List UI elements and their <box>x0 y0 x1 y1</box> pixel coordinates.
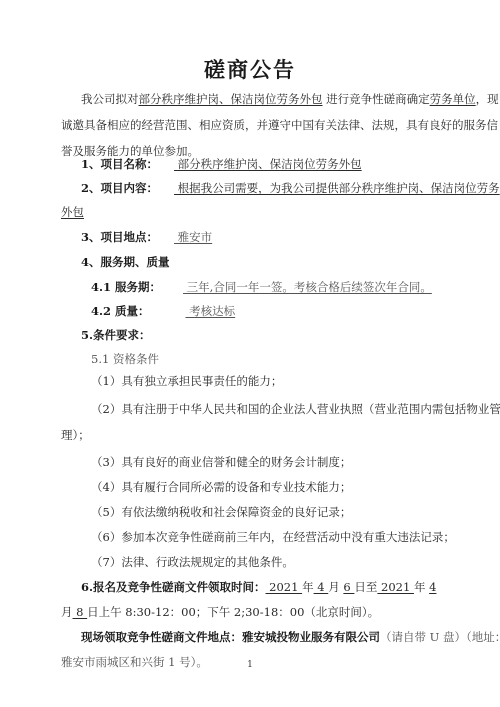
field-value: 根据我公司需要，为我公司提供部分秩序维护岗、保洁岗位劳务 <box>174 181 500 195</box>
day-to: 日至 <box>354 580 377 594</box>
start-day: 6 <box>343 580 354 594</box>
intro-line-3: 誉及服务能力的单位参加。 <box>61 144 199 158</box>
intro-text: 进行竞争性磋商确定 <box>323 92 430 106</box>
condition-item: （6）参加本次竞争性磋商前三年内，在经营活动中没有重大违法记录； <box>91 530 455 544</box>
field-label: 3、项目地点： <box>81 230 158 244</box>
field-value: 三年,合同一年一签。考核合格后续签次年合同。 <box>183 280 432 294</box>
intro-text: ，现 <box>476 92 499 106</box>
registration-time: 日上午 8:30-12：00；下午 2;30-18：00（北京时间）。 <box>87 605 379 619</box>
document-page: 磋商公告 我公司拟对部分秩序维护岗、保洁岗位劳务外包 进行竞争性磋商确定劳务单位… <box>0 0 500 707</box>
condition-item: （5）有依法缴纳税收和社会保障资金的良好记录； <box>91 505 351 519</box>
end-year: 2021 <box>377 580 414 594</box>
pickup-line-1: 现场领取竞争性磋商文件地点：雅安城投物业服务有限公司（请自带 U 盘）（地址： <box>81 630 500 644</box>
intro-line-2: 诚邀具备相应的经营范围、相应资质，并遵守中国有关法律、法规，具有良好的服务信 <box>61 118 498 132</box>
start-month: 4 <box>314 580 329 594</box>
registration-line-2: 月 8 日上午 8:30-12：00；下午 2;30-18：00（北京时间）。 <box>61 605 379 619</box>
end-month: 4 <box>429 580 436 594</box>
condition-item: （2）具有注册于中华人民共和国的企业法人营业执照（营业范围内需包括物业管 <box>91 402 500 416</box>
start-year: 2021 <box>266 580 303 594</box>
item-project-content-cont: 外包 <box>61 205 84 219</box>
page-number: 1 <box>0 660 500 670</box>
year-char: 年 <box>414 580 426 594</box>
field-label: 2、项目内容： <box>81 181 158 195</box>
field-label: 4.1 服务期： <box>91 280 161 294</box>
condition-item: （1）具有独立承担民事责任的能力； <box>91 374 282 388</box>
condition-item: （4）具有履行合同所必需的设备和专业技术能力； <box>91 480 351 494</box>
pickup-label: 现场领取竞争性磋商文件地点：雅安城投物业服务有限公司 <box>81 630 380 644</box>
intro-text: 我公司拟对 <box>81 92 139 106</box>
qualification-subheading: 5.1 资格条件 <box>91 352 159 366</box>
field-label: 4.2 质量： <box>91 304 150 318</box>
condition-item-cont: 理）； <box>61 428 90 442</box>
intro-line-1: 我公司拟对部分秩序维护岗、保洁岗位劳务外包 进行竞争性磋商确定劳务单位，现 <box>81 92 499 106</box>
page-title: 磋商公告 <box>0 54 500 84</box>
item-project-name: 1、项目名称： 部分秩序维护岗、保洁岗位劳务外包 <box>81 157 362 171</box>
field-value: 考核达标 <box>186 304 236 318</box>
field-value: 部分秩序维护岗、保洁岗位劳务外包 <box>174 157 362 171</box>
registration-line-1: 6.报名及竞争性磋商文件领取时间： 2021 年 4 月 6 日至 2021 年… <box>81 580 436 594</box>
conditions-heading: 5.条件要求： <box>81 328 151 342</box>
condition-item: （7）法律、行政法规规定的其他条件。 <box>91 555 294 569</box>
item-quality: 4.2 质量： 考核达标 <box>91 304 235 318</box>
unit-underlined: 劳务单位 <box>430 92 476 106</box>
item-project-content: 2、项目内容： 根据我公司需要，为我公司提供部分秩序维护岗、保洁岗位劳务 <box>81 181 500 195</box>
month-char: 月 <box>328 580 340 594</box>
project-name-underlined: 部分秩序维护岗、保洁岗位劳务外包 <box>139 92 323 106</box>
end-day: 8 <box>73 605 88 619</box>
condition-item: （3）具有良好的商业信誉和健全的财务会计制度； <box>91 455 351 469</box>
item-project-location: 3、项目地点： 雅安市 <box>81 230 212 244</box>
year-char: 年 <box>302 580 314 594</box>
service-heading: 4、服务期、质量 <box>81 255 170 269</box>
field-label: 1、项目名称： <box>81 157 158 171</box>
month-char: 月 <box>61 605 73 619</box>
pickup-note: （请自带 U 盘）（地址： <box>380 630 500 644</box>
registration-label: 6.报名及竞争性磋商文件领取时间： <box>81 580 266 594</box>
field-value: 雅安市 <box>174 230 212 244</box>
item-service-period: 4.1 服务期： 三年,合同一年一签。考核合格后续签次年合同。 <box>91 280 432 294</box>
